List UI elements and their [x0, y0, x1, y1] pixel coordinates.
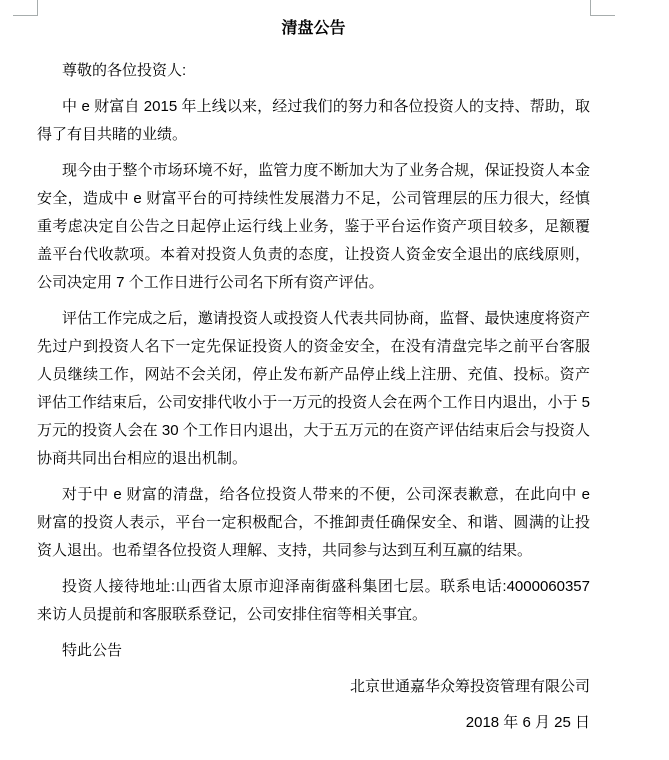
paragraph-reason: 现今由于整个市场环境不好，监管力度不断加大为了业务合规，保证投资人本金安全，造成… [37, 157, 590, 297]
salutation-line: 尊敬的各位投资人: [37, 57, 590, 85]
paragraph-intro: 中 e 财富自 2015 年上线以来，经过我们的努力和各位投资人的支持、帮助，取… [37, 93, 590, 149]
document-body: 清盘公告 尊敬的各位投资人: 中 e 财富自 2015 年上线以来，经过我们的努… [37, 15, 590, 745]
paragraph-apology: 对于中 e 财富的清盘，给各位投资人带来的不便，公司深表歉意，在此向中 e 财富… [37, 481, 590, 565]
closing-line: 特此公告 [37, 637, 590, 665]
document-title: 清盘公告 [37, 15, 590, 43]
document-page: 清盘公告 尊敬的各位投资人: 中 e 财富自 2015 年上线以来，经过我们的努… [0, 0, 669, 760]
text-boundary-mark-top-left-horizontal [13, 15, 38, 16]
text-boundary-mark-top-right-vertical [590, 0, 591, 15]
text-boundary-mark-top-right-horizontal [590, 15, 615, 16]
paragraph-contact-address: 投资人接待地址:山西省太原市迎泽南街盛科集团七层。联系电话:4000060357… [37, 573, 590, 629]
signature-date: 2018 年 6 月 25 日 [37, 709, 590, 737]
text-boundary-mark-top-left-vertical [37, 0, 38, 15]
signature-company: 北京世通嘉华众筹投资管理有限公司 [37, 673, 590, 701]
paragraph-assessment-plan: 评估工作完成之后，邀请投资人或投资人代表共同协商，监督、最快速度将资产先过户到投… [37, 305, 590, 473]
